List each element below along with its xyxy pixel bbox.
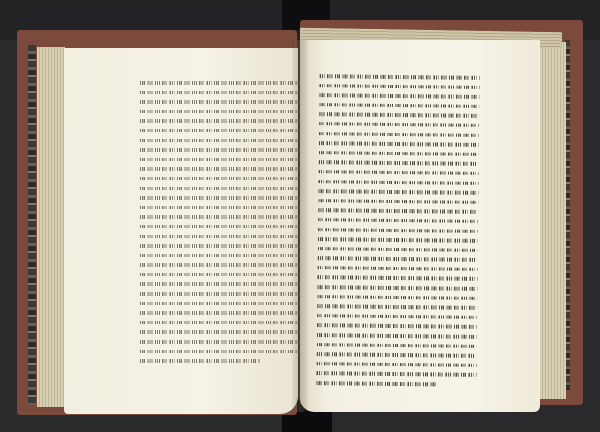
manuscript-line bbox=[140, 184, 300, 194]
manuscript-line bbox=[140, 327, 300, 337]
manuscript-line: equestre ... oppidi ... stabiliorum ... … bbox=[140, 107, 300, 117]
manuscript-line bbox=[140, 270, 300, 280]
page-edges-right bbox=[540, 42, 566, 399]
marbled-endpaper-left bbox=[28, 45, 36, 405]
manuscript-line: ... bbox=[140, 145, 300, 155]
manuscript-line bbox=[140, 318, 300, 328]
manuscript-line bbox=[140, 356, 260, 366]
manuscript-line: se numero aliquam hispaniam ... dolabarb… bbox=[140, 88, 300, 98]
manuscript-line: ... bbox=[140, 155, 300, 165]
manuscript-line bbox=[140, 203, 300, 213]
manuscript-line bbox=[140, 232, 300, 242]
manuscript-line bbox=[140, 212, 300, 222]
manuscript-line bbox=[140, 337, 300, 347]
page-edges-left bbox=[37, 47, 65, 407]
manuscript-line bbox=[140, 279, 300, 289]
manuscript-line: ... bbox=[140, 164, 300, 174]
left-page-text: tremendas ne adhuc ... se sat utero ... … bbox=[140, 78, 300, 366]
manuscript-line bbox=[140, 299, 300, 309]
right-page-text: confirmabat cum ... diligentissime ... a… bbox=[316, 71, 479, 389]
manuscript-line bbox=[140, 251, 300, 261]
manuscript-line bbox=[140, 289, 300, 299]
manuscript-line: ... bbox=[140, 136, 300, 146]
manuscript-line bbox=[140, 222, 300, 232]
manuscript-line bbox=[140, 174, 300, 184]
manuscript-line bbox=[140, 308, 300, 318]
manuscript-line bbox=[316, 378, 436, 389]
manuscript-line bbox=[140, 347, 300, 357]
manuscript-line bbox=[140, 241, 300, 251]
manuscript-line bbox=[140, 193, 300, 203]
manuscript-line: tremendas ne adhuc ... se sat utero ... … bbox=[140, 78, 300, 88]
manuscript-line bbox=[140, 260, 300, 270]
manuscript-line: ... bbox=[140, 126, 300, 136]
manuscript-line: pedum ... dixit ... amicam ... extremo .… bbox=[140, 116, 300, 126]
manuscript-line: 1 Eduos termis expectare quam ... homine… bbox=[140, 97, 300, 107]
